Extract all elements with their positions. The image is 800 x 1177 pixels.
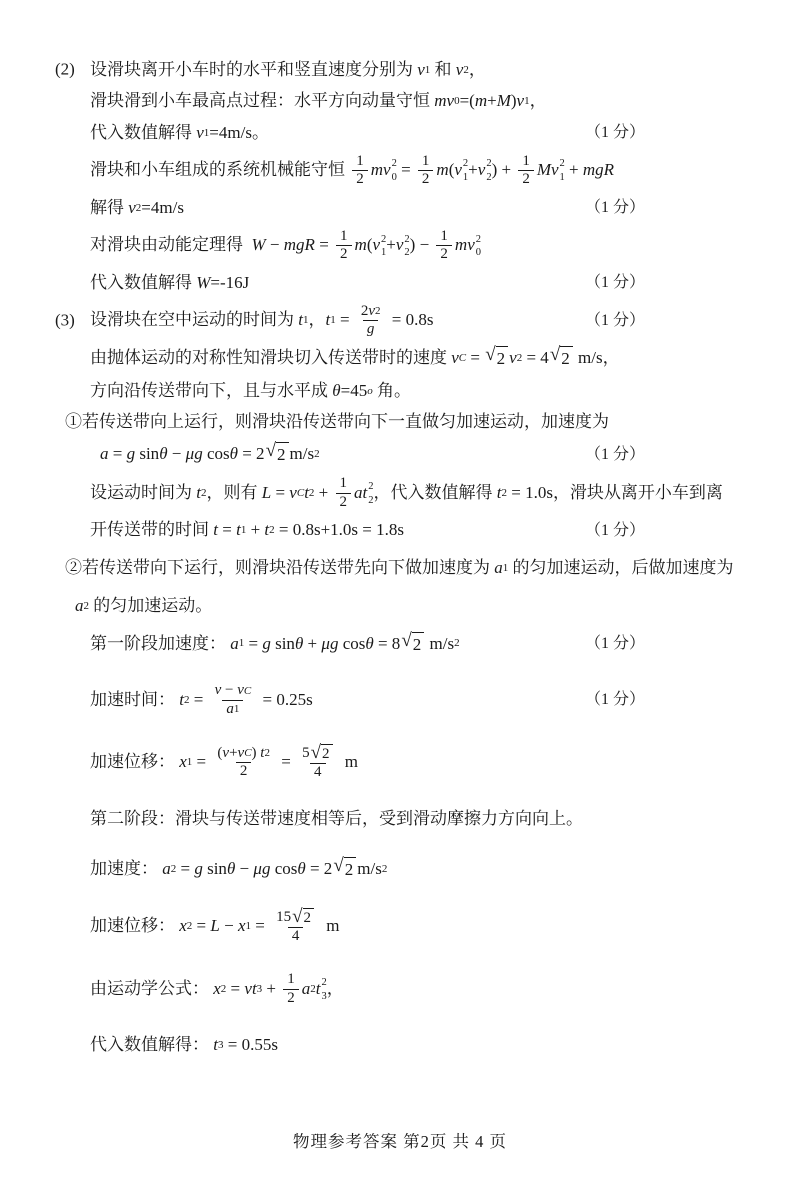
footer-text: 物理参考答案 第2页 共 4 页 — [293, 1132, 507, 1151]
radical: √2 — [311, 744, 333, 763]
text-run: 滑块和小车组成的系统机械能守恒 — [90, 159, 349, 182]
formula: a1 — [494, 557, 508, 580]
fraction: 5√24 — [298, 744, 337, 782]
score-badge: （1 分） — [585, 197, 645, 219]
fraction: 12 — [336, 228, 352, 264]
line-content: 代入数值解得 W=-16J — [90, 272, 249, 295]
text-run: ，代入数值解得 — [374, 482, 497, 505]
line-content: a2 的匀加速运动。 — [75, 595, 212, 618]
text-run: ， — [603, 347, 620, 370]
answer-line: (2)设滑块离开小车时的水平和竖直速度分别为 v1 和 v2， — [0, 58, 800, 82]
answer-line: 解得 v2=4m/s（1 分） — [0, 196, 800, 220]
line-content: 设运动时间为 t2，则有 L = vCt2 + 12at22，代入数值解得 t2… — [90, 475, 723, 511]
score-badge: （1 分） — [585, 520, 645, 542]
text-run: 代入数值解得 — [90, 272, 196, 295]
line-content: 方向沿传送带向下，且与水平成 θ=45o 角。 — [90, 380, 411, 403]
text-run: ①若传送带向上运行，则滑块沿传送带向下一直做匀加速运动，加速度为 — [65, 411, 609, 434]
formula: t2 = v − vCa1 = 0.25s — [179, 682, 312, 718]
formula: a = g sinθ − μg cosθ = 2√2m/s2 — [100, 442, 320, 467]
formula: mv0=(m+M)v1 — [434, 90, 529, 113]
line-content: a = g sinθ − μg cosθ = 2√2m/s2 — [100, 442, 320, 467]
text-run: 加速时间： — [90, 689, 179, 712]
text-run: ， — [308, 309, 325, 332]
formula: a1 = g sinθ + μg cosθ = 8√2 m/s2 — [230, 632, 459, 657]
line-content: 滑块和小车组成的系统机械能守恒 12mv20 = 12m(v21+v22) + … — [90, 153, 614, 189]
radical: √2 — [485, 346, 508, 371]
answer-line: 由抛体运动的对称性知滑块切入传送带时的速度 vC = √2v2 = 4√2 m/… — [0, 346, 800, 371]
answer-line: 方向沿传送带向下，且与水平成 θ=45o 角。 — [0, 379, 800, 403]
formula: W − mgR = 12m(v21+v22) − 12mv20 — [252, 228, 482, 264]
formula: v1 — [417, 59, 430, 82]
text-run: ，则有 — [206, 482, 261, 505]
answer-line: 第一阶段加速度： a1 = g sinθ + μg cosθ = 8√2 m/s… — [0, 632, 800, 657]
text-run: 加速位移： — [90, 915, 179, 938]
formula: t2 — [196, 482, 206, 505]
document-page: (2)设滑块离开小车时的水平和竖直速度分别为 v1 和 v2，滑块滑到小车最高点… — [0, 0, 800, 1177]
answer-line: 代入数值解得 v1=4m/s。（1 分） — [0, 121, 800, 145]
text-run: 解得 — [90, 197, 128, 220]
fraction: 12 — [518, 153, 534, 189]
line-content: 代入数值解得： t3 = 0.55s — [90, 1034, 278, 1057]
answer-line: 第二阶段：滑块与传送带速度相等后，受到滑动摩擦力方向向上。 — [0, 807, 800, 831]
score-badge: （1 分） — [585, 272, 645, 294]
formula: L = vCt2 + 12at22 — [262, 475, 374, 511]
text-run: 代入数值解得： — [90, 1034, 213, 1057]
formula: a2 — [75, 595, 89, 618]
line-content: 开传送带的时间 t = t1 + t2 = 0.8s+1.0s = 1.8s — [90, 519, 404, 542]
answer-line: 设运动时间为 t2，则有 L = vCt2 + 12at22，代入数值解得 t2… — [0, 475, 800, 511]
text-run: 设滑块在空中运动的时间为 — [90, 309, 298, 332]
formula: a2 = g sinθ − μg cosθ = 2√2m/s2 — [162, 857, 387, 882]
answer-line: 开传送带的时间 t = t1 + t2 = 0.8s+1.0s = 1.8s（1… — [0, 519, 800, 543]
text-run: 的匀加速运动，后做加速度为 — [508, 557, 733, 580]
line-content: 加速度： a2 = g sinθ − μg cosθ = 2√2m/s2 — [90, 857, 387, 882]
answer-line: 对滑块由动能定理得 W − mgR = 12m(v21+v22) − 12mv2… — [0, 228, 800, 264]
score-badge: （1 分） — [585, 122, 645, 144]
formula: θ=45o — [332, 380, 372, 403]
formula: t = t1 + t2 = 0.8s+1.0s = 1.8s — [213, 519, 404, 542]
answer-lines: (2)设滑块离开小车时的水平和竖直速度分别为 v1 和 v2，滑块滑到小车最高点… — [0, 58, 800, 1083]
fraction: 15√24 — [272, 908, 319, 946]
fraction: 12 — [436, 228, 452, 264]
score-badge: （1 分） — [585, 444, 645, 466]
text-run: 对滑块由动能定理得 — [90, 234, 252, 257]
text-run: 角。 — [373, 380, 411, 403]
answer-line: ①若传送带向上运行，则滑块沿传送带向下一直做匀加速运动，加速度为 — [0, 411, 800, 435]
radical: √2 — [292, 908, 314, 927]
line-content: 滑块滑到小车最高点过程：水平方向动量守恒 mv0=(m+M)v1， — [90, 90, 547, 113]
formula: v2=4m/s — [128, 197, 184, 220]
formula: 12mv20 = 12m(v21+v22) + 12Mv21 + mgR — [349, 153, 614, 189]
text-run: 的匀加速运动。 — [89, 595, 212, 618]
item-number: (3) — [55, 309, 75, 332]
answer-line: 加速位移： x2 = L − x1 = 15√24 m — [0, 908, 800, 946]
line-content: 代入数值解得 v1=4m/s。 — [90, 122, 269, 145]
answer-line: 加速度： a2 = g sinθ − μg cosθ = 2√2m/s2 — [0, 857, 800, 882]
formula: t1 = 2v2g = 0.8s — [325, 303, 433, 339]
text-run: 加速位移： — [90, 751, 179, 774]
radical: √2 — [401, 632, 424, 657]
answer-line: a = g sinθ − μg cosθ = 2√2m/s2（1 分） — [0, 442, 800, 467]
line-content: 设滑块离开小车时的水平和竖直速度分别为 v1 和 v2， — [90, 59, 486, 82]
radical: √2 — [266, 442, 289, 467]
answer-line: a2 的匀加速运动。 — [0, 594, 800, 618]
fraction: 12 — [352, 153, 368, 189]
text-run: ， — [530, 90, 547, 113]
text-run: ②若传送带向下运行，则滑块沿传送带先向下做加速度为 — [65, 557, 494, 580]
fraction: 12 — [336, 475, 352, 511]
line-content: 对滑块由动能定理得 W − mgR = 12m(v21+v22) − 12mv2… — [90, 228, 481, 264]
formula: v1=4m/s — [196, 122, 252, 145]
score-badge: （1 分） — [585, 633, 645, 655]
fraction: v − vCa1 — [211, 682, 256, 718]
item-number: (2) — [55, 58, 75, 81]
answer-line: 加速时间： t2 = v − vCa1 = 0.25s（1 分） — [0, 682, 800, 718]
fraction: 12 — [283, 971, 299, 1007]
line-content: 加速时间： t2 = v − vCa1 = 0.25s — [90, 682, 313, 718]
fraction: (v+vC) t22 — [213, 745, 274, 781]
answer-line: 加速位移： x1 = (v+vC) t22 = 5√24 m — [0, 744, 800, 782]
text-run: 方向沿传送带向下，且与水平成 — [90, 380, 332, 403]
answer-line: 滑块和小车组成的系统机械能守恒 12mv20 = 12m(v21+v22) + … — [0, 153, 800, 189]
text-run: 第二阶段：滑块与传送带速度相等后，受到滑动摩擦力方向向上。 — [90, 808, 583, 831]
radical: √2 — [333, 857, 356, 882]
fraction: 2v2g — [357, 303, 385, 339]
formula: t1 — [298, 309, 308, 332]
score-badge: （1 分） — [585, 310, 645, 332]
text-run: 加速度： — [90, 858, 162, 881]
text-run: 滑块滑到小车最高点过程：水平方向动量守恒 — [90, 90, 434, 113]
line-content: 第一阶段加速度： a1 = g sinθ + μg cosθ = 8√2 m/s… — [90, 632, 460, 657]
line-content: ①若传送带向上运行，则滑块沿传送带向下一直做匀加速运动，加速度为 — [65, 411, 609, 434]
formula: x2 = vt3 + 12a2t23 — [213, 971, 327, 1007]
answer-line: 由运动学公式： x2 = vt3 + 12a2t23， — [0, 971, 800, 1007]
text-run: 第一阶段加速度： — [90, 633, 230, 656]
text-run: ，滑块从离开小车到离 — [553, 482, 723, 505]
text-run: 代入数值解得 — [90, 122, 196, 145]
text-run: 。 — [252, 122, 269, 145]
formula: vC = √2v2 = 4√2 m/s — [451, 346, 602, 371]
line-content: 加速位移： x2 = L − x1 = 15√24 m — [90, 908, 340, 946]
line-content: 由抛体运动的对称性知滑块切入传送带时的速度 vC = √2v2 = 4√2 m/… — [90, 346, 620, 371]
formula: t2 = 1.0s — [497, 482, 553, 505]
answer-line: 代入数值解得： t3 = 0.55s — [0, 1033, 800, 1057]
text-run: 开传送带的时间 — [90, 519, 213, 542]
formula: x2 = L − x1 = 15√24 m — [179, 908, 339, 946]
score-badge: （1 分） — [585, 689, 645, 711]
line-content: ②若传送带向下运行，则滑块沿传送带先向下做加速度为 a1 的匀加速运动，后做加速… — [65, 557, 734, 580]
line-content: 第二阶段：滑块与传送带速度相等后，受到滑动摩擦力方向向上。 — [90, 808, 583, 831]
text-run: 由抛体运动的对称性知滑块切入传送带时的速度 — [90, 347, 451, 370]
answer-line: 代入数值解得 W=-16J（1 分） — [0, 271, 800, 295]
text-run: 和 — [430, 59, 456, 82]
formula: W=-16J — [196, 272, 249, 295]
line-content: 解得 v2=4m/s — [90, 197, 184, 220]
text-run: 由运动学公式： — [90, 978, 213, 1001]
page-footer: 物理参考答案 第2页 共 4 页 — [0, 1128, 800, 1152]
answer-line: ②若传送带向下运行，则滑块沿传送带先向下做加速度为 a1 的匀加速运动，后做加速… — [0, 556, 800, 580]
text-run: ， — [469, 59, 486, 82]
formula: t3 = 0.55s — [213, 1034, 278, 1057]
line-content: 由运动学公式： x2 = vt3 + 12a2t23， — [90, 971, 344, 1007]
text-run: ， — [327, 978, 344, 1001]
line-content: 加速位移： x1 = (v+vC) t22 = 5√24 m — [90, 744, 358, 782]
radical: √2 — [550, 346, 573, 371]
answer-line: 滑块滑到小车最高点过程：水平方向动量守恒 mv0=(m+M)v1， — [0, 90, 800, 114]
fraction: 12 — [418, 153, 434, 189]
text-run: 设滑块离开小车时的水平和竖直速度分别为 — [90, 59, 417, 82]
line-content: 设滑块在空中运动的时间为 t1，t1 = 2v2g = 0.8s — [90, 303, 433, 339]
formula: x1 = (v+vC) t22 = 5√24 m — [179, 744, 358, 782]
text-run: 设运动时间为 — [90, 482, 196, 505]
formula: v2 — [456, 59, 469, 82]
answer-line: (3)设滑块在空中运动的时间为 t1，t1 = 2v2g = 0.8s（1 分） — [0, 303, 800, 339]
